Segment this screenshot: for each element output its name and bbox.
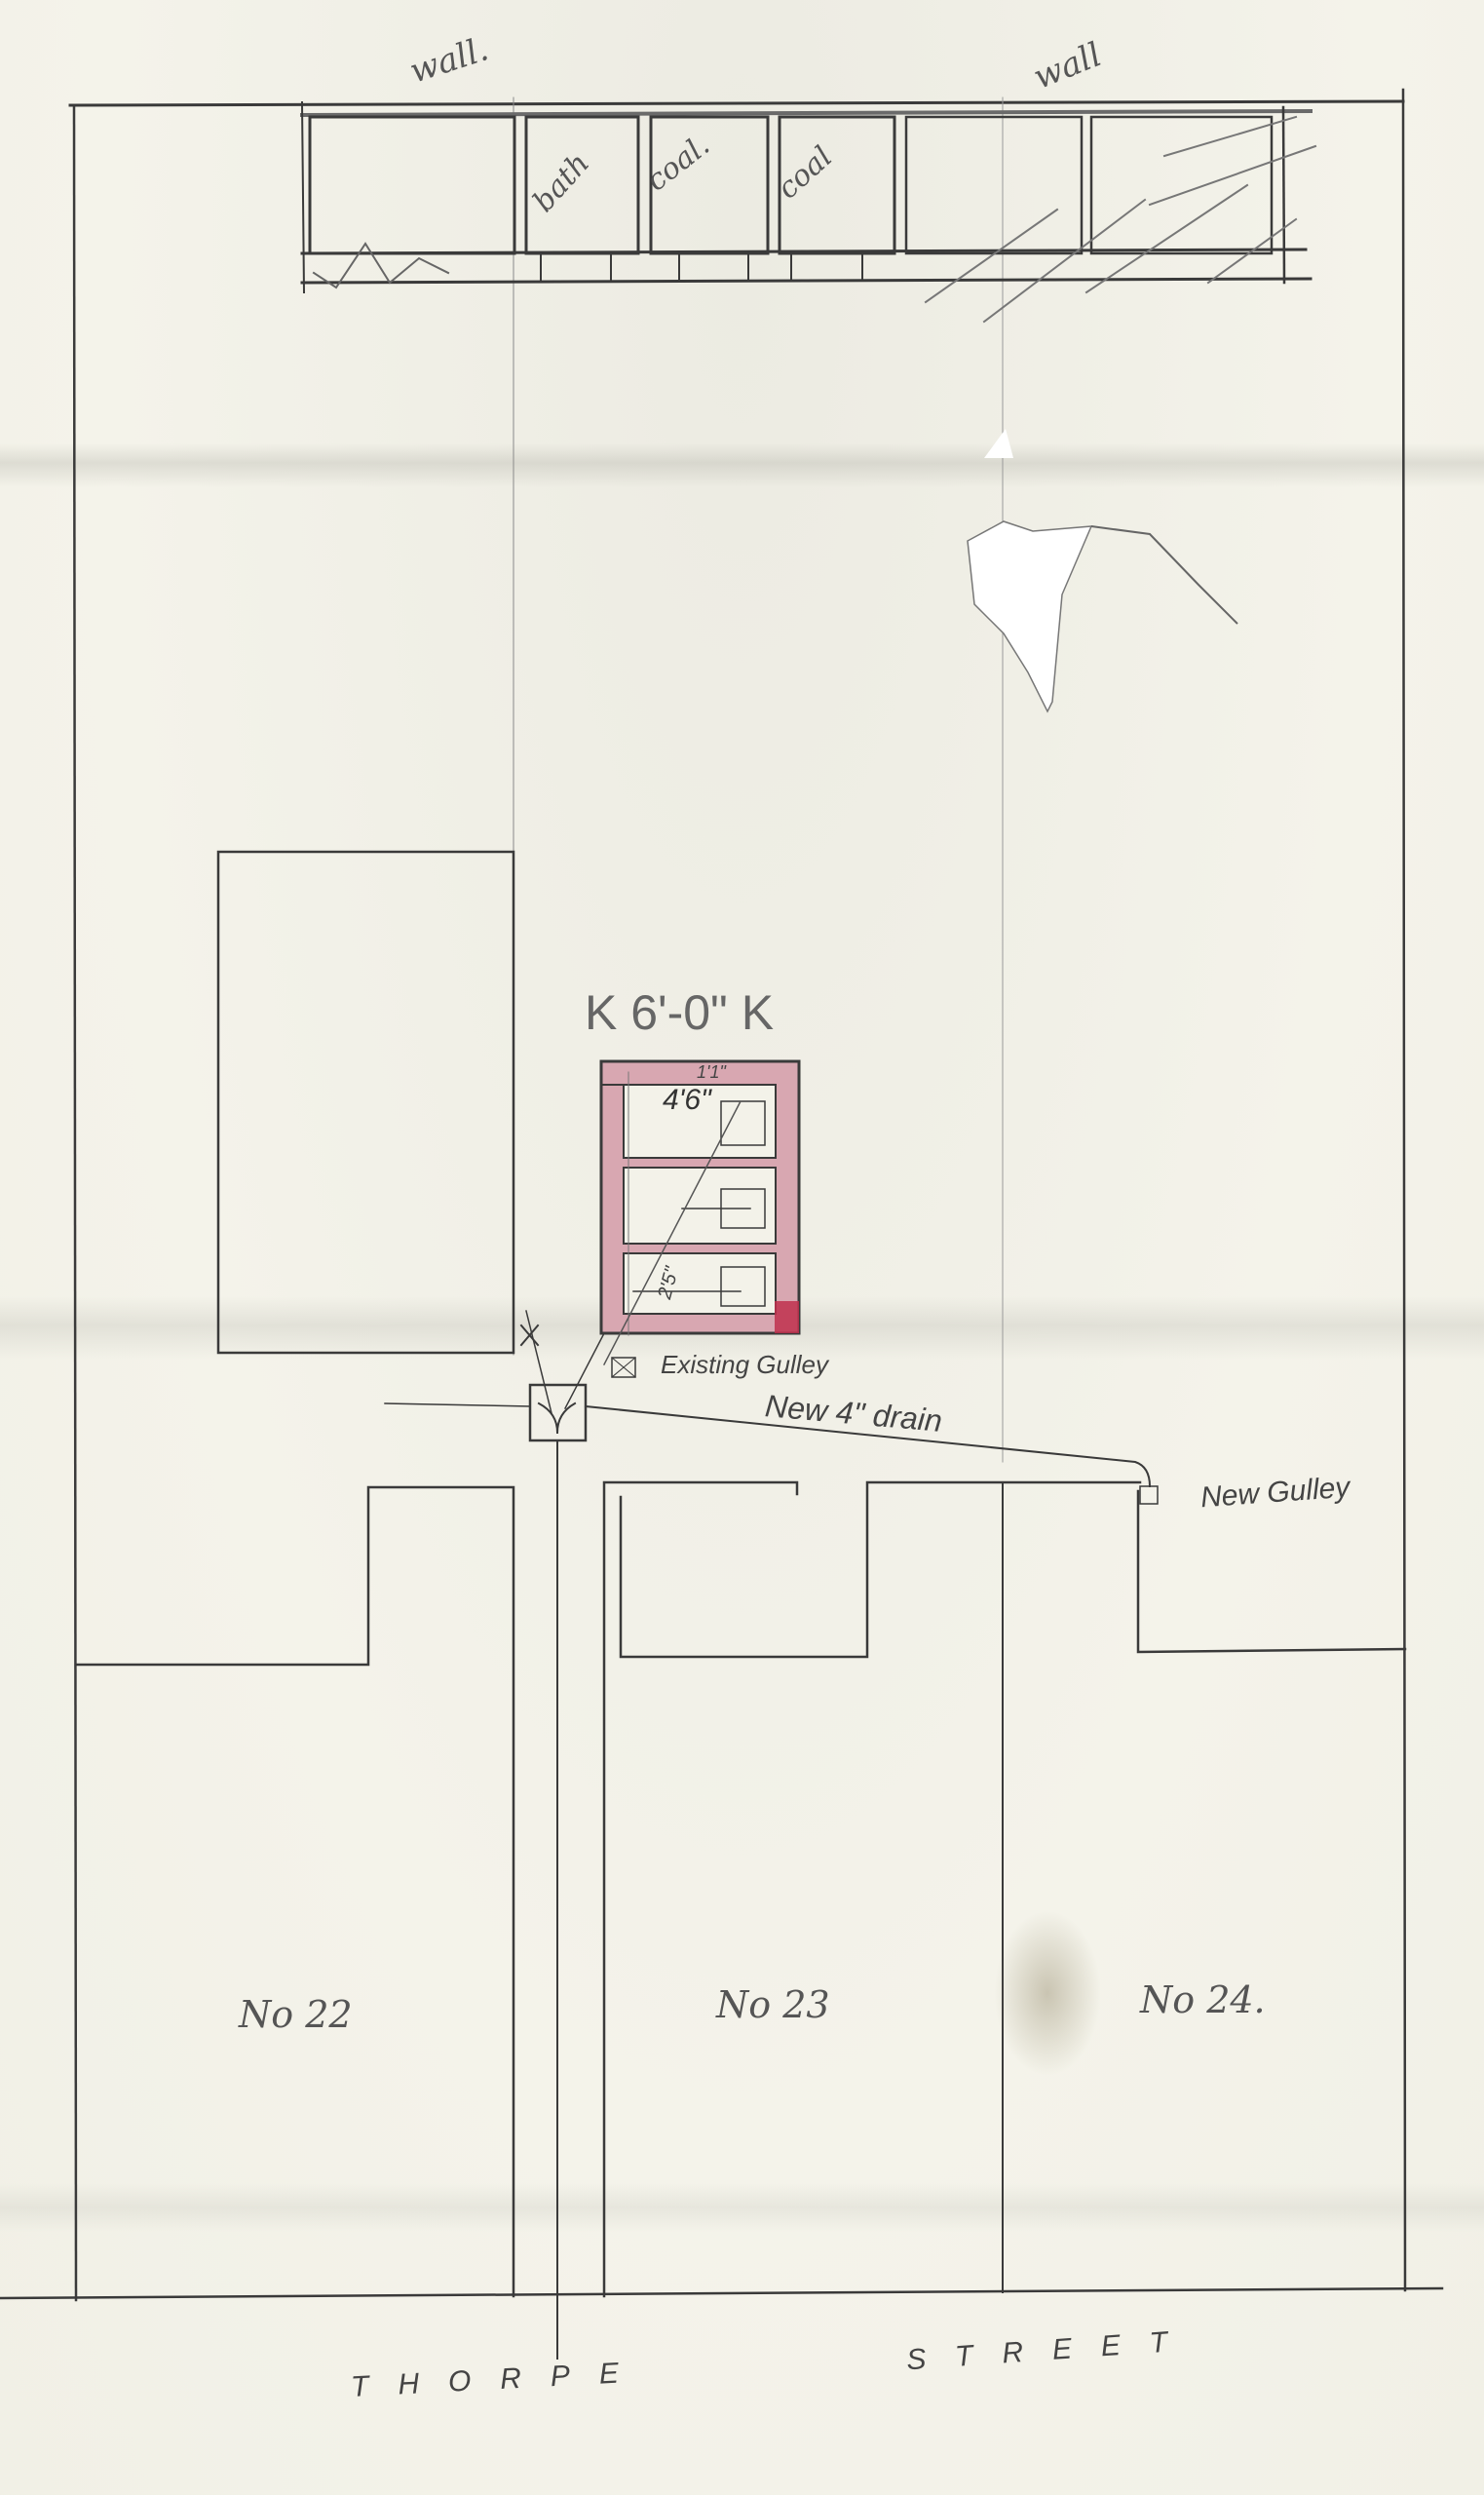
property-label-22: No 22 bbox=[239, 1993, 353, 2036]
overall-dimension-label: K 6'-0" K bbox=[585, 984, 774, 1041]
paper-tear bbox=[0, 0, 1484, 2495]
water-stain bbox=[994, 1910, 1101, 2076]
width-dimension-label: 4'6" bbox=[663, 1084, 711, 1117]
overall-dimension-value: 6'-0" bbox=[630, 985, 728, 1040]
existing-gulley-label: Existing Gulley bbox=[661, 1350, 828, 1380]
property-label-24: No 24. bbox=[1140, 1978, 1266, 2021]
dim-arrow-right-icon: K bbox=[728, 985, 774, 1040]
wall-thickness-label: 1'1" bbox=[697, 1062, 726, 1083]
property-label-23: No 23 bbox=[716, 1983, 830, 2026]
dim-arrow-left-icon: K bbox=[585, 985, 630, 1040]
